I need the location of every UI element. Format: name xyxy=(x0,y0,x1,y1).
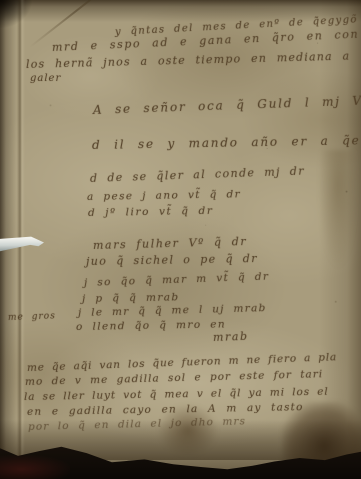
manuscript-line: o llend q̃o q̃ mro en xyxy=(76,318,226,333)
manuscript-line: mrab xyxy=(213,330,249,344)
manuscript-line: en e gadilla cayo en la A m ay tasto xyxy=(27,401,304,418)
manuscript-line: d de se q̃ler al conde mj dr xyxy=(90,165,305,185)
torn-bottom-edge xyxy=(0,444,361,479)
dark-corner-top-left xyxy=(0,0,32,28)
manuscript-line: j le mr q̃ q̃ me l uj mrab xyxy=(78,302,267,319)
manuscript-page: y q̃ntas del mes de enº de q̃egygõ mrd e… xyxy=(0,0,361,479)
manuscript-line: a pese j ano vt̃ q̃ dr xyxy=(87,188,241,203)
manuscript-line: d il se y mando año er a q̃e de af en Di… xyxy=(92,131,361,152)
bookmark-tab xyxy=(0,236,44,253)
right-margin-smudge xyxy=(318,150,358,270)
manuscript-line: d jº liro vt̃ q̃ dr xyxy=(88,205,214,219)
manuscript-line: juo q̃ sichel o pe q̃ dr xyxy=(86,252,258,268)
large-stain-bottom-right xyxy=(282,402,361,479)
manuscript-line: j so q̃o q̃ mar m vt̃ q̃ dr xyxy=(84,271,270,289)
manuscript-line: la se ller luyt vot q̃ mea v el q̃l ya m… xyxy=(24,386,329,403)
bottom-left-red-tint xyxy=(0,455,70,479)
manuscript-line: por lo q̃ en dila el jo dho mrs xyxy=(28,415,246,433)
manuscript-line: mars fulher Vº q̃ dr xyxy=(93,235,248,252)
manuscript-line: A se señor oca q̃ Guld l mj Vº ges + Dil… xyxy=(93,89,361,117)
manuscript-line: j p q̃ q̃ mrab xyxy=(82,291,180,305)
manuscript-line: galer xyxy=(30,73,61,84)
margin-note: me gros xyxy=(8,311,56,323)
